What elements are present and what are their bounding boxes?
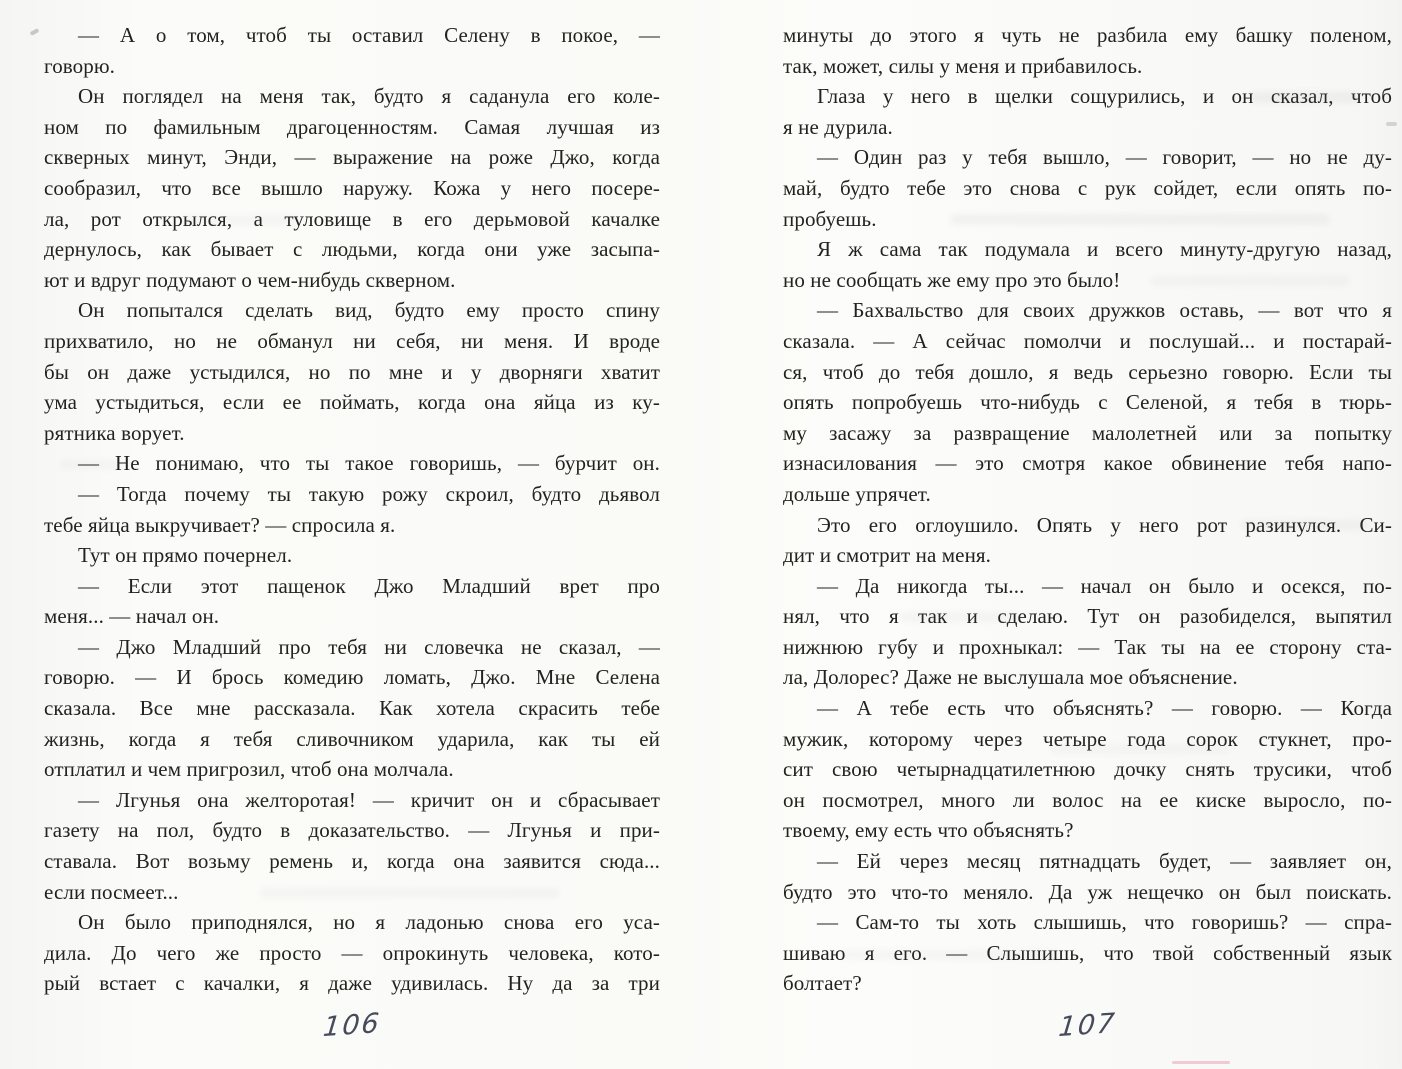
text-line: нял, что я так и сделаю. Тут он разобиде… xyxy=(783,601,1392,632)
text-line: скверных минут, Энди, — выражение на рож… xyxy=(44,142,660,173)
paragraph: Он было приподнялся, но я ладонью снова … xyxy=(44,907,660,999)
text-line: меня... — начал он. xyxy=(44,601,660,632)
text-line: ла, рот открылся, а туловище в его дерьм… xyxy=(44,204,660,235)
text-line: прихватило, но не обманул ни себя, ни ме… xyxy=(44,326,660,357)
text-line: Это его оглоушило. Опять у него рот рази… xyxy=(783,510,1392,541)
text-line: ют и вдруг подумают о чем-нибудь скверно… xyxy=(44,265,660,296)
text-line: — Да никогда ты... — начал он было и осе… xyxy=(783,571,1392,602)
text-line: ла, Долорес? Даже не выслушала мое объяс… xyxy=(783,662,1392,693)
paragraph: — А тебе есть что объяснять? — говорю. —… xyxy=(783,693,1392,846)
paragraph: — Сам-то ты хоть слышишь, что говоришь? … xyxy=(783,907,1392,999)
text-line: говорю. — И брось комедию ломать, Джо. М… xyxy=(44,662,660,693)
text-line: бы он даже устыдился, но по мне и у двор… xyxy=(44,357,660,388)
paragraph: — Тогда почему ты такую рожу скроил, буд… xyxy=(44,479,660,540)
text-line: он посмотрел, много ли волос на ее киске… xyxy=(783,785,1392,816)
paragraph: — Один раз у тебя вышло, — говорит, — но… xyxy=(783,142,1392,234)
text-line: му засажу за развращение малолетней или … xyxy=(783,418,1392,449)
paragraph: — А о том, чтоб ты оставил Селену в поко… xyxy=(44,20,660,81)
paragraph: Глаза у него в щелки сощурились, и он ск… xyxy=(783,81,1392,142)
book-spread: — А о том, чтоб ты оставил Селену в поко… xyxy=(0,0,1402,1069)
text-line: газету на пол, будто в доказательство. —… xyxy=(44,815,660,846)
scan-artifact xyxy=(30,28,40,36)
text-line: рятника ворует. xyxy=(44,418,660,449)
text-line: дит и смотрит на меня. xyxy=(783,540,1392,571)
text-line: тебе яйца выкручивает? — спросила я. xyxy=(44,510,660,541)
text-line: май, будто тебе это снова с рук сойдет, … xyxy=(783,173,1392,204)
text-line: дольше упрячет. xyxy=(783,479,1392,510)
text-line: шиваю я его. — Слышишь, что твой собстве… xyxy=(783,938,1392,969)
text-line: опять попробуешь что-нибудь с Селеной, я… xyxy=(783,387,1392,418)
text-line: твоему, ему есть что объяснять? xyxy=(783,815,1392,846)
paragraph: минуты до этого я чуть не разбила ему ба… xyxy=(783,20,1392,81)
text-line: минуты до этого я чуть не разбила ему ба… xyxy=(783,20,1392,51)
text-line: — Джо Младший про тебя ни словечка не ск… xyxy=(44,632,660,663)
pink-underline-mark xyxy=(1172,1061,1230,1064)
paragraph: — Бахвальство для своих дружков оставь, … xyxy=(783,295,1392,509)
text-line: сказала. — А сейчас помолчи и послушай..… xyxy=(783,326,1392,357)
text-line: мужик, которому через четыре года сорок … xyxy=(783,724,1392,755)
text-line: Глаза у него в щелки сощурились, и он ск… xyxy=(783,81,1392,112)
text-line: Я ж сама так подумала и всего минуту-дру… xyxy=(783,234,1392,265)
paragraph: Он попытался сделать вид, будто ему прос… xyxy=(44,295,660,448)
text-line: ся, чтоб до тебя дошло, я ведь серьезно … xyxy=(783,357,1392,388)
text-line: — Бахвальство для своих дружков оставь, … xyxy=(783,295,1392,326)
paragraph: — Если этот пащенок Джо Младший врет про… xyxy=(44,571,660,632)
text-line: отплатил и чем пригрозил, чтоб она молча… xyxy=(44,754,660,785)
text-line: — Один раз у тебя вышло, — говорит, — но… xyxy=(783,142,1392,173)
paragraph: Я ж сама так подумала и всего минуту-дру… xyxy=(783,234,1392,295)
paragraph: — Не понимаю, что ты такое говоришь, — б… xyxy=(44,448,660,479)
text-line: — Если этот пащенок Джо Младший врет про xyxy=(44,571,660,602)
page-number-left: 106 xyxy=(43,988,661,1062)
paragraph: — Джо Младший про тебя ни словечка не ск… xyxy=(44,632,660,785)
text-line: жизнь, когда я тебя сливочником ударила,… xyxy=(44,724,660,755)
page-number-right: 107 xyxy=(782,989,1393,1063)
text-line: ума устыдиться, если ее поймать, когда о… xyxy=(44,387,660,418)
text-line: сообразил, что все вышло наружу. Кожа у … xyxy=(44,173,660,204)
text-line: нижнюю губу и прохныкал: — Так ты на ее … xyxy=(783,632,1392,663)
paragraph: — Да никогда ты... — начал он было и осе… xyxy=(783,571,1392,693)
right-page-text: минуты до этого я чуть не разбила ему ба… xyxy=(783,20,1392,999)
text-line: ном по фамильным драгоценностям. Самая л… xyxy=(44,112,660,143)
text-line: дернулось, как бывает с людьми, когда он… xyxy=(44,234,660,265)
text-line: будто это что-то меняло. Да уж нещечко о… xyxy=(783,877,1392,908)
paragraph: Это его оглоушило. Опять у него рот рази… xyxy=(783,510,1392,571)
paragraph: Он поглядел на меня так, будто я саданул… xyxy=(44,81,660,295)
text-line: — Ей через месяц пятнадцать будет, — зая… xyxy=(783,846,1392,877)
text-line: Он попытался сделать вид, будто ему прос… xyxy=(44,295,660,326)
text-line: говорю. xyxy=(44,51,660,82)
text-line: — А о том, чтоб ты оставил Селену в поко… xyxy=(44,20,660,51)
text-line: — Не понимаю, что ты такое говоришь, — б… xyxy=(44,448,660,479)
paragraph: — Лгунья она желторотая! — кричит он и с… xyxy=(44,785,660,907)
text-line: пробуешь. xyxy=(783,204,1392,235)
text-line: изнасилования — это смотря какое обвинен… xyxy=(783,448,1392,479)
text-line: — Лгунья она желторотая! — кричит он и с… xyxy=(44,785,660,816)
text-line: но не сообщать же ему про это было! xyxy=(783,265,1392,296)
text-line: ставала. Вот возьму ремень и, когда она … xyxy=(44,846,660,877)
text-line: Он было приподнялся, но я ладонью снова … xyxy=(44,907,660,938)
text-line: сит свою четырнадцатилетнюю дочку снять … xyxy=(783,754,1392,785)
left-page-text: — А о том, чтоб ты оставил Селену в поко… xyxy=(44,20,660,999)
paragraph: — Ей через месяц пятнадцать будет, — зая… xyxy=(783,846,1392,907)
text-line: Он поглядел на меня так, будто я саданул… xyxy=(44,81,660,112)
text-line: сказала. Все мне рассказала. Как хотела … xyxy=(44,693,660,724)
text-line: — Тогда почему ты такую рожу скроил, буд… xyxy=(44,479,660,510)
text-line: если посмеет... xyxy=(44,877,660,908)
paragraph: Тут он прямо почернел. xyxy=(44,540,660,571)
text-line: — А тебе есть что объяснять? — говорю. —… xyxy=(783,693,1392,724)
text-line: — Сам-то ты хоть слышишь, что говоришь? … xyxy=(783,907,1392,938)
text-line: я не дурила. xyxy=(783,112,1392,143)
text-line: дила. До чего же просто — опрокинуть чел… xyxy=(44,938,660,969)
text-line: так, может, силы у меня и прибавилось. xyxy=(783,51,1392,82)
text-line: Тут он прямо почернел. xyxy=(44,540,660,571)
